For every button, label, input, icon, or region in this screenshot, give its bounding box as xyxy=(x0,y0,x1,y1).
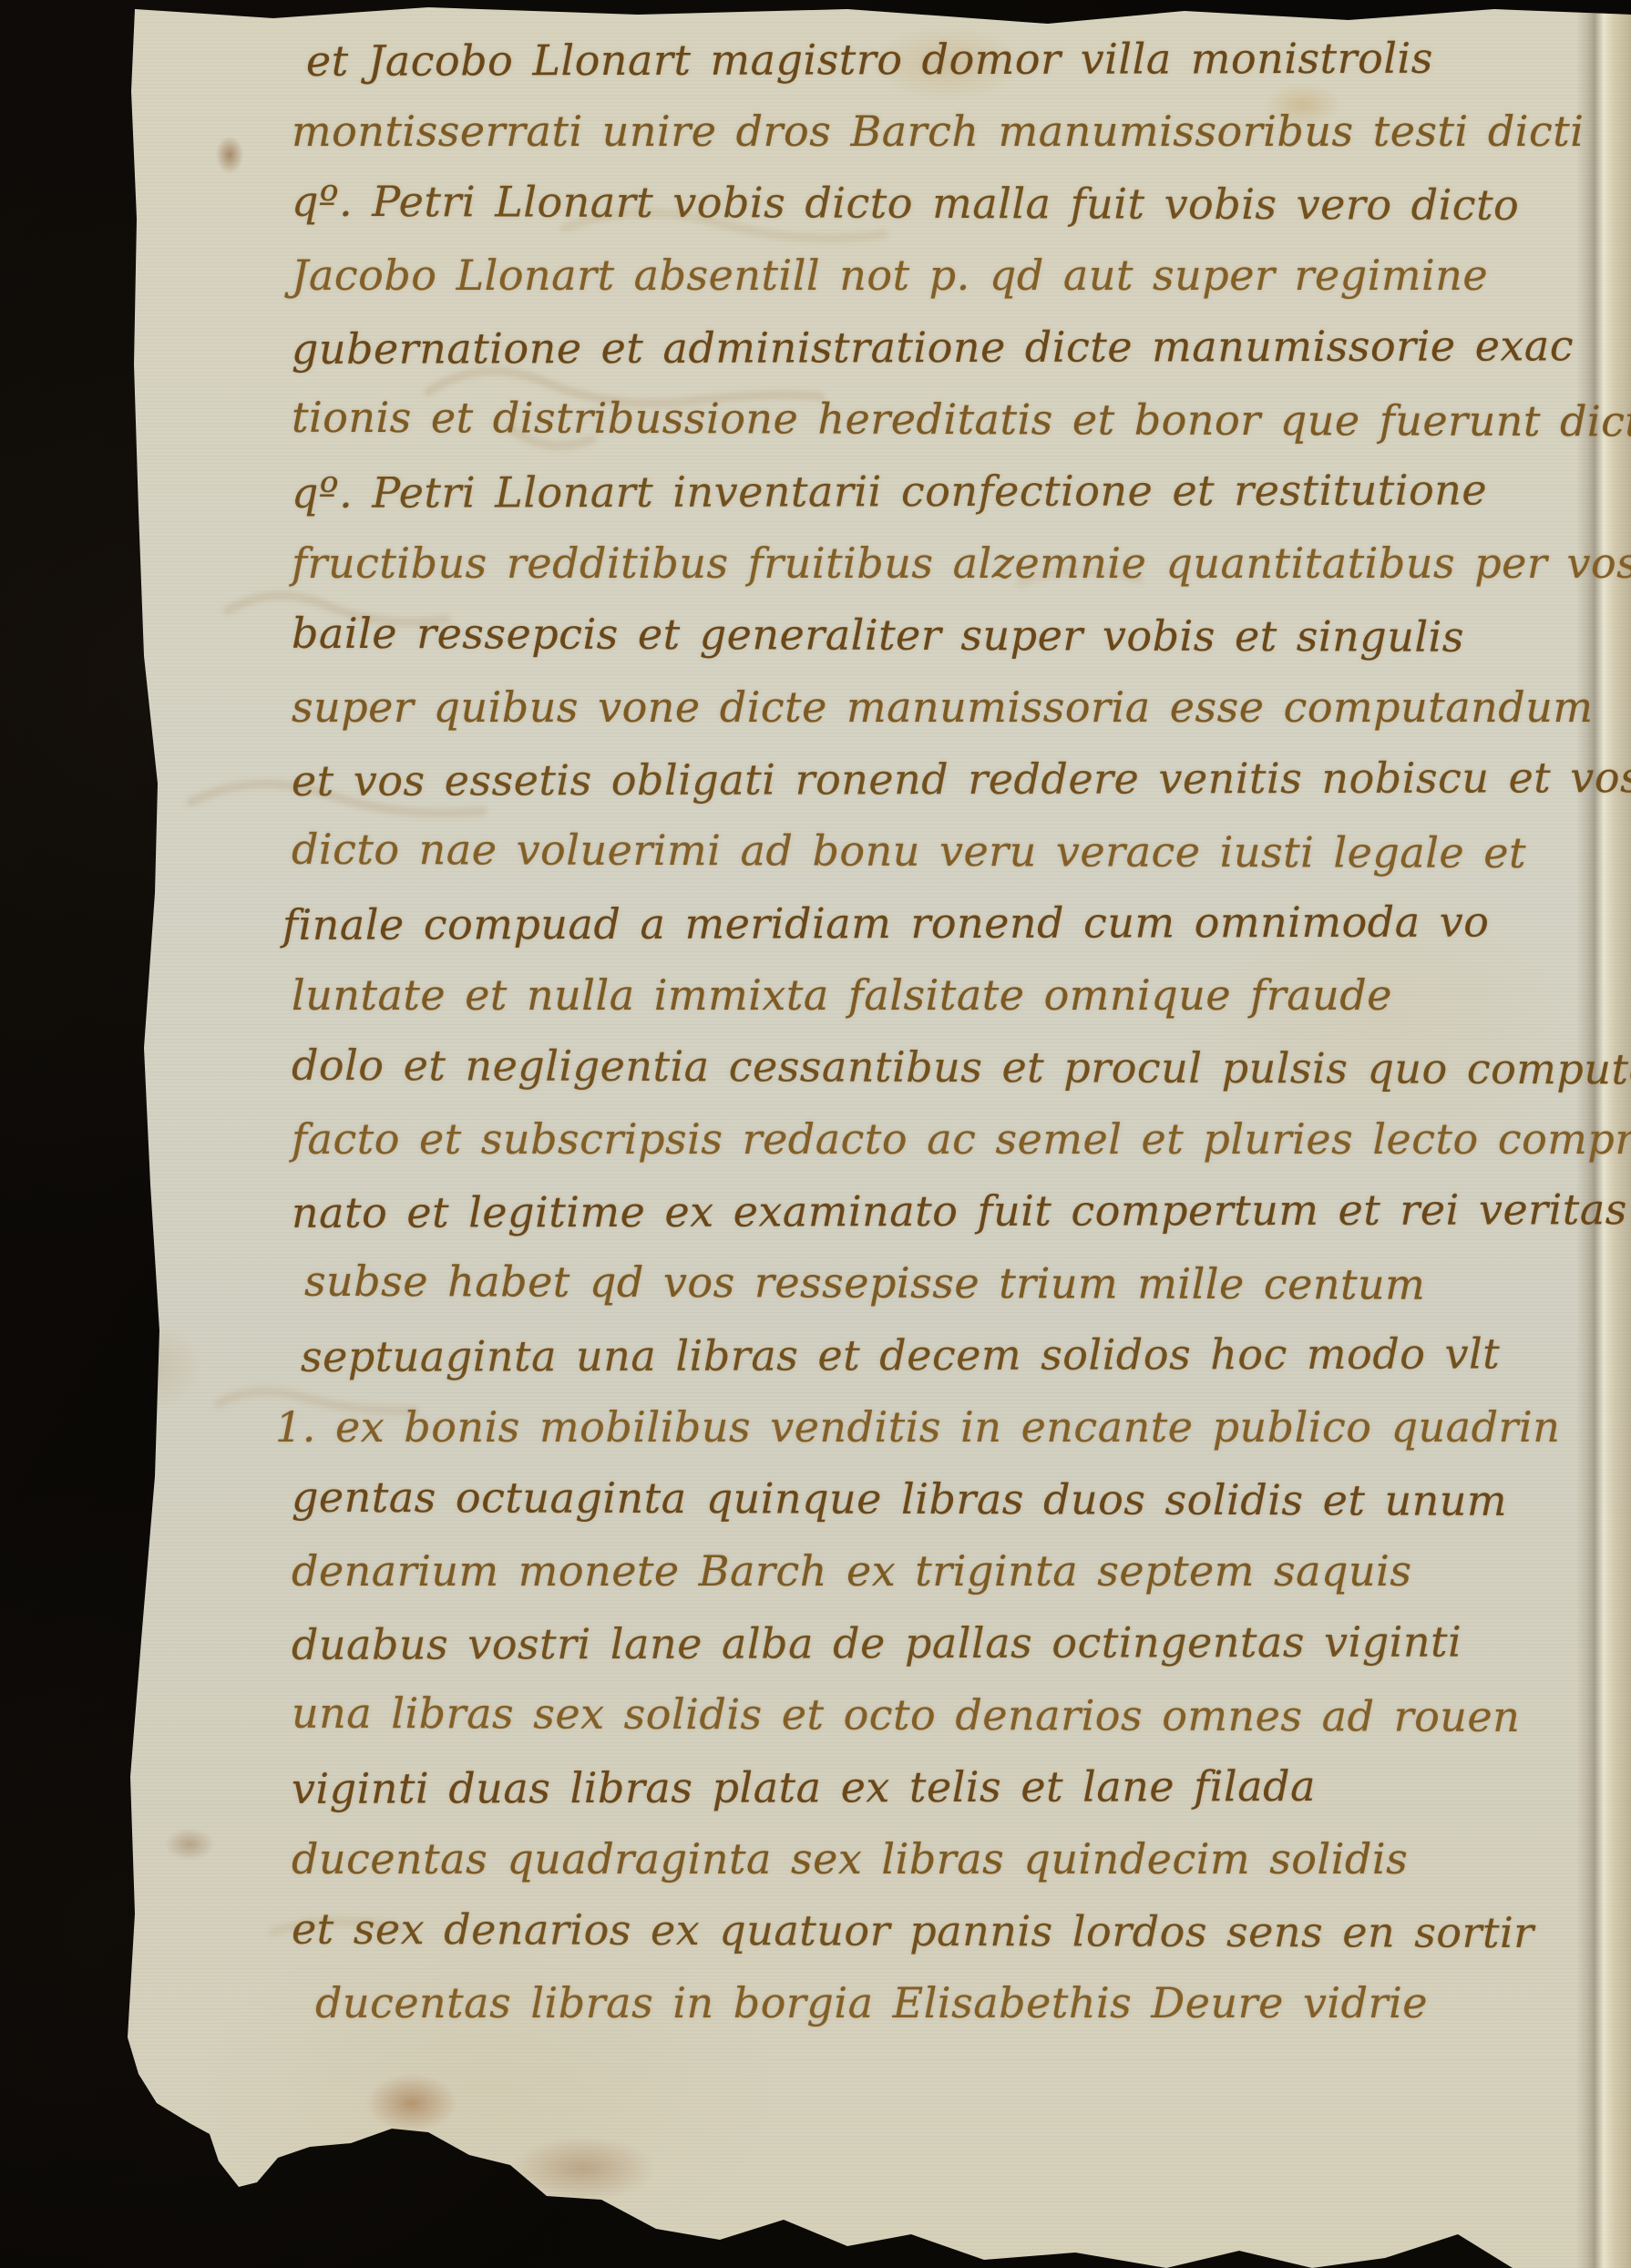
manuscript-line: subse habet qd vos ressepisse trium mill… xyxy=(304,1246,1613,1322)
manuscript-line: gubernatione et administratione dicte ma… xyxy=(292,310,1613,385)
manuscript-line: denarium monete Barch ex triginta septem… xyxy=(292,1535,1613,1607)
manuscript-line: ducentas quadraginta sex libras quindeci… xyxy=(292,1823,1613,1895)
manuscript-line: et vos essetis obligati ronend reddere v… xyxy=(292,742,1613,817)
manuscript-line: Jacobo Llonart absentill not p. qd aut s… xyxy=(292,240,1613,312)
manuscript-line: una libras sex solidis et octo denarios … xyxy=(292,1678,1613,1754)
manuscript-line: baile ressepcis et generaliter super vob… xyxy=(292,598,1613,674)
manuscript-line: 1. ex bonis mobilibus venditis in encant… xyxy=(275,1391,1613,1463)
manuscript-line: dicto nae voluerimi ad bonu veru verace … xyxy=(292,814,1613,890)
manuscript-line: dolo et negligentia cessantibus et procu… xyxy=(292,1030,1613,1106)
manuscript-line: qº. Petri Llonart vobis dicto malla fuit… xyxy=(292,166,1613,242)
manuscript-line: fructibus redditibus fruitibus alzemnie … xyxy=(292,528,1613,600)
manuscript-line: ducentas libras in borgia Elisabethis De… xyxy=(315,1967,1613,2039)
manuscript-line: facto et subscripsis redacto ac semel et… xyxy=(292,1103,1613,1175)
manuscript-line: luntate et nulla immixta falsitate omniq… xyxy=(292,960,1613,1031)
manuscript-line: viginti duas libras plata ex telis et la… xyxy=(292,1750,1613,1825)
archival-scan: et Jacobo Llonart magistro domor villa m… xyxy=(0,0,1631,2268)
manuscript-line: tionis et distribussione hereditatis et … xyxy=(292,382,1613,458)
manuscript-text: et Jacobo Llonart magistro domor villa m… xyxy=(292,24,1613,2039)
manuscript-line: septuaginta una libras et decem solidos … xyxy=(301,1318,1613,1393)
manuscript-page: et Jacobo Llonart magistro domor villa m… xyxy=(0,0,1631,2268)
manuscript-line: et sex denarios ex quatuor pannis lordos… xyxy=(292,1893,1613,1970)
manuscript-line: qº. Petri Llonart inventarii confectione… xyxy=(292,454,1613,529)
manuscript-line: duabus vostri lane alba de pallas octing… xyxy=(292,1606,1613,1681)
manuscript-line: finale compuad a meridiam ronend cum omn… xyxy=(282,886,1613,961)
manuscript-line: et Jacobo Llonart magistro domor villa m… xyxy=(306,22,1613,97)
manuscript-line: super quibus vone dicte manumissoria ess… xyxy=(292,672,1613,744)
manuscript-line: nato et legitime ex examinato fuit compe… xyxy=(292,1174,1613,1249)
manuscript-line: montisserrati unire dros Barch manumisso… xyxy=(292,96,1613,168)
manuscript-line: gentas octuaginta quinque libras duos so… xyxy=(292,1462,1613,1538)
